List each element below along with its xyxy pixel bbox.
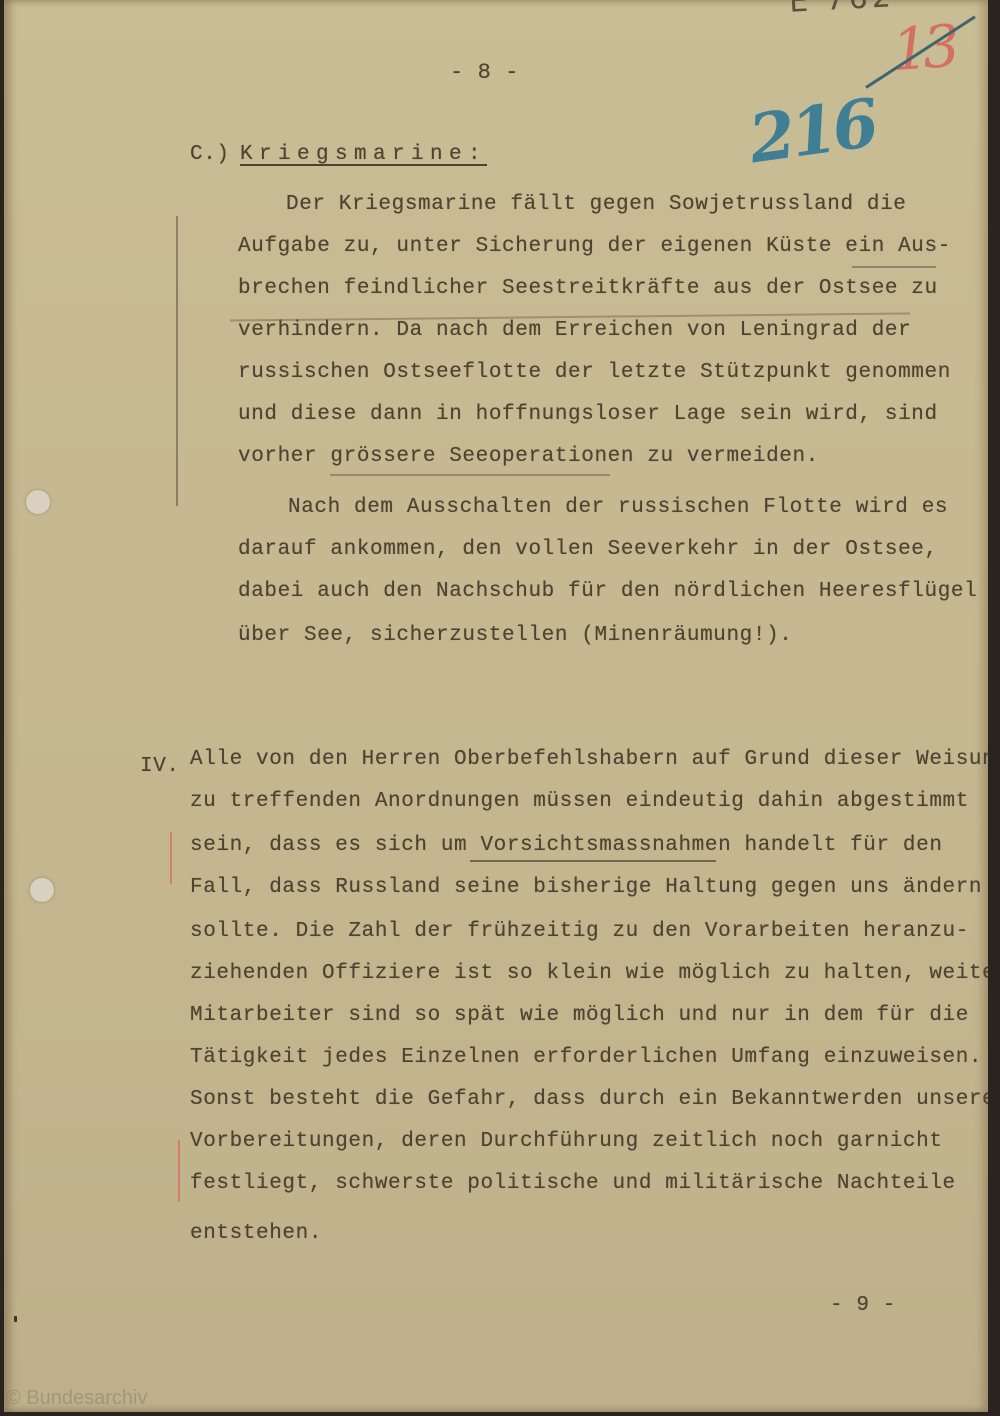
text-line: verhindern. Da nach dem Erreichen von Le… xyxy=(238,319,911,342)
text-line: und diese dann in hoffnungsloser Lage se… xyxy=(238,403,938,426)
red-margin-mark xyxy=(170,832,172,884)
text-line: Mitarbeiter sind so spät wie möglich und… xyxy=(190,1004,969,1027)
text-line: Vorbereitungen, deren Durchführung zeitl… xyxy=(190,1130,943,1153)
text-line: Aufgabe zu, unter Sicherung der eigenen … xyxy=(238,235,951,258)
pencil-margin-line xyxy=(176,216,178,506)
text-line: darauf ankommen, den vollen Seeverkehr i… xyxy=(238,538,938,561)
text-line: Fall, dass Russland seine bisherige Halt… xyxy=(190,876,982,899)
text-line: dabei auch den Nachschub für den nördlic… xyxy=(238,580,977,603)
section-c-title: Kriegsmarine: xyxy=(240,143,487,166)
text-line: brechen feindlicher Seestreitkräfte aus … xyxy=(238,277,938,300)
text-line: zu treffenden Anordnungen müssen eindeut… xyxy=(190,790,969,813)
margin-speck xyxy=(14,1316,17,1322)
text-line: sein, dass es sich um Vorsichtsmassnahme… xyxy=(190,834,943,857)
text-line: festliegt, schwerste politische und mili… xyxy=(190,1172,956,1195)
scan-border xyxy=(0,1412,1000,1416)
document-page: E 762 13 216 - 8 - C.) Kriegsmarine: Der… xyxy=(4,0,988,1412)
text-line: vorher grössere Seeoperationen zu vermei… xyxy=(238,445,819,468)
typed-underline xyxy=(470,860,716,862)
pencil-underline xyxy=(852,266,936,268)
text-line: Der Kriegsmarine fällt gegen Sowjetrussl… xyxy=(286,193,907,216)
text-line: Alle von den Herren Oberbefehlshabern au… xyxy=(190,748,988,771)
text-line: entstehen. xyxy=(190,1222,322,1245)
text-line: ziehenden Offiziere ist so klein wie mög… xyxy=(190,962,988,985)
scan-border xyxy=(988,0,1000,1416)
text-line: Nach dem Ausschalten der russischen Flot… xyxy=(288,496,948,519)
text-line: Sonst besteht die Gefahr, dass durch ein… xyxy=(190,1088,988,1111)
pencil-archive-note: E 762 xyxy=(788,0,895,20)
red-margin-mark xyxy=(178,1140,180,1202)
text-line: über See, sicherzustellen (Minenräumung!… xyxy=(238,624,793,647)
text-line: sollte. Die Zahl der frühzeitig zu den V… xyxy=(190,920,969,943)
punch-hole xyxy=(26,490,50,514)
blue-folio-number: 216 xyxy=(744,84,879,179)
pencil-underline xyxy=(330,474,610,476)
page-number-bottom: - 9 - xyxy=(830,1294,896,1317)
section-c-label: C.) xyxy=(190,143,230,166)
section-iv-label: IV. xyxy=(140,755,180,778)
punch-hole xyxy=(30,878,54,902)
text-line: Tätigkeit jedes Einzelnen erforderlichen… xyxy=(190,1046,982,1069)
text-line: russischen Ostseeflotte der letzte Stütz… xyxy=(238,361,951,384)
page-number-top: - 8 - xyxy=(450,60,519,85)
archive-watermark: © Bundesarchiv xyxy=(6,1387,147,1410)
